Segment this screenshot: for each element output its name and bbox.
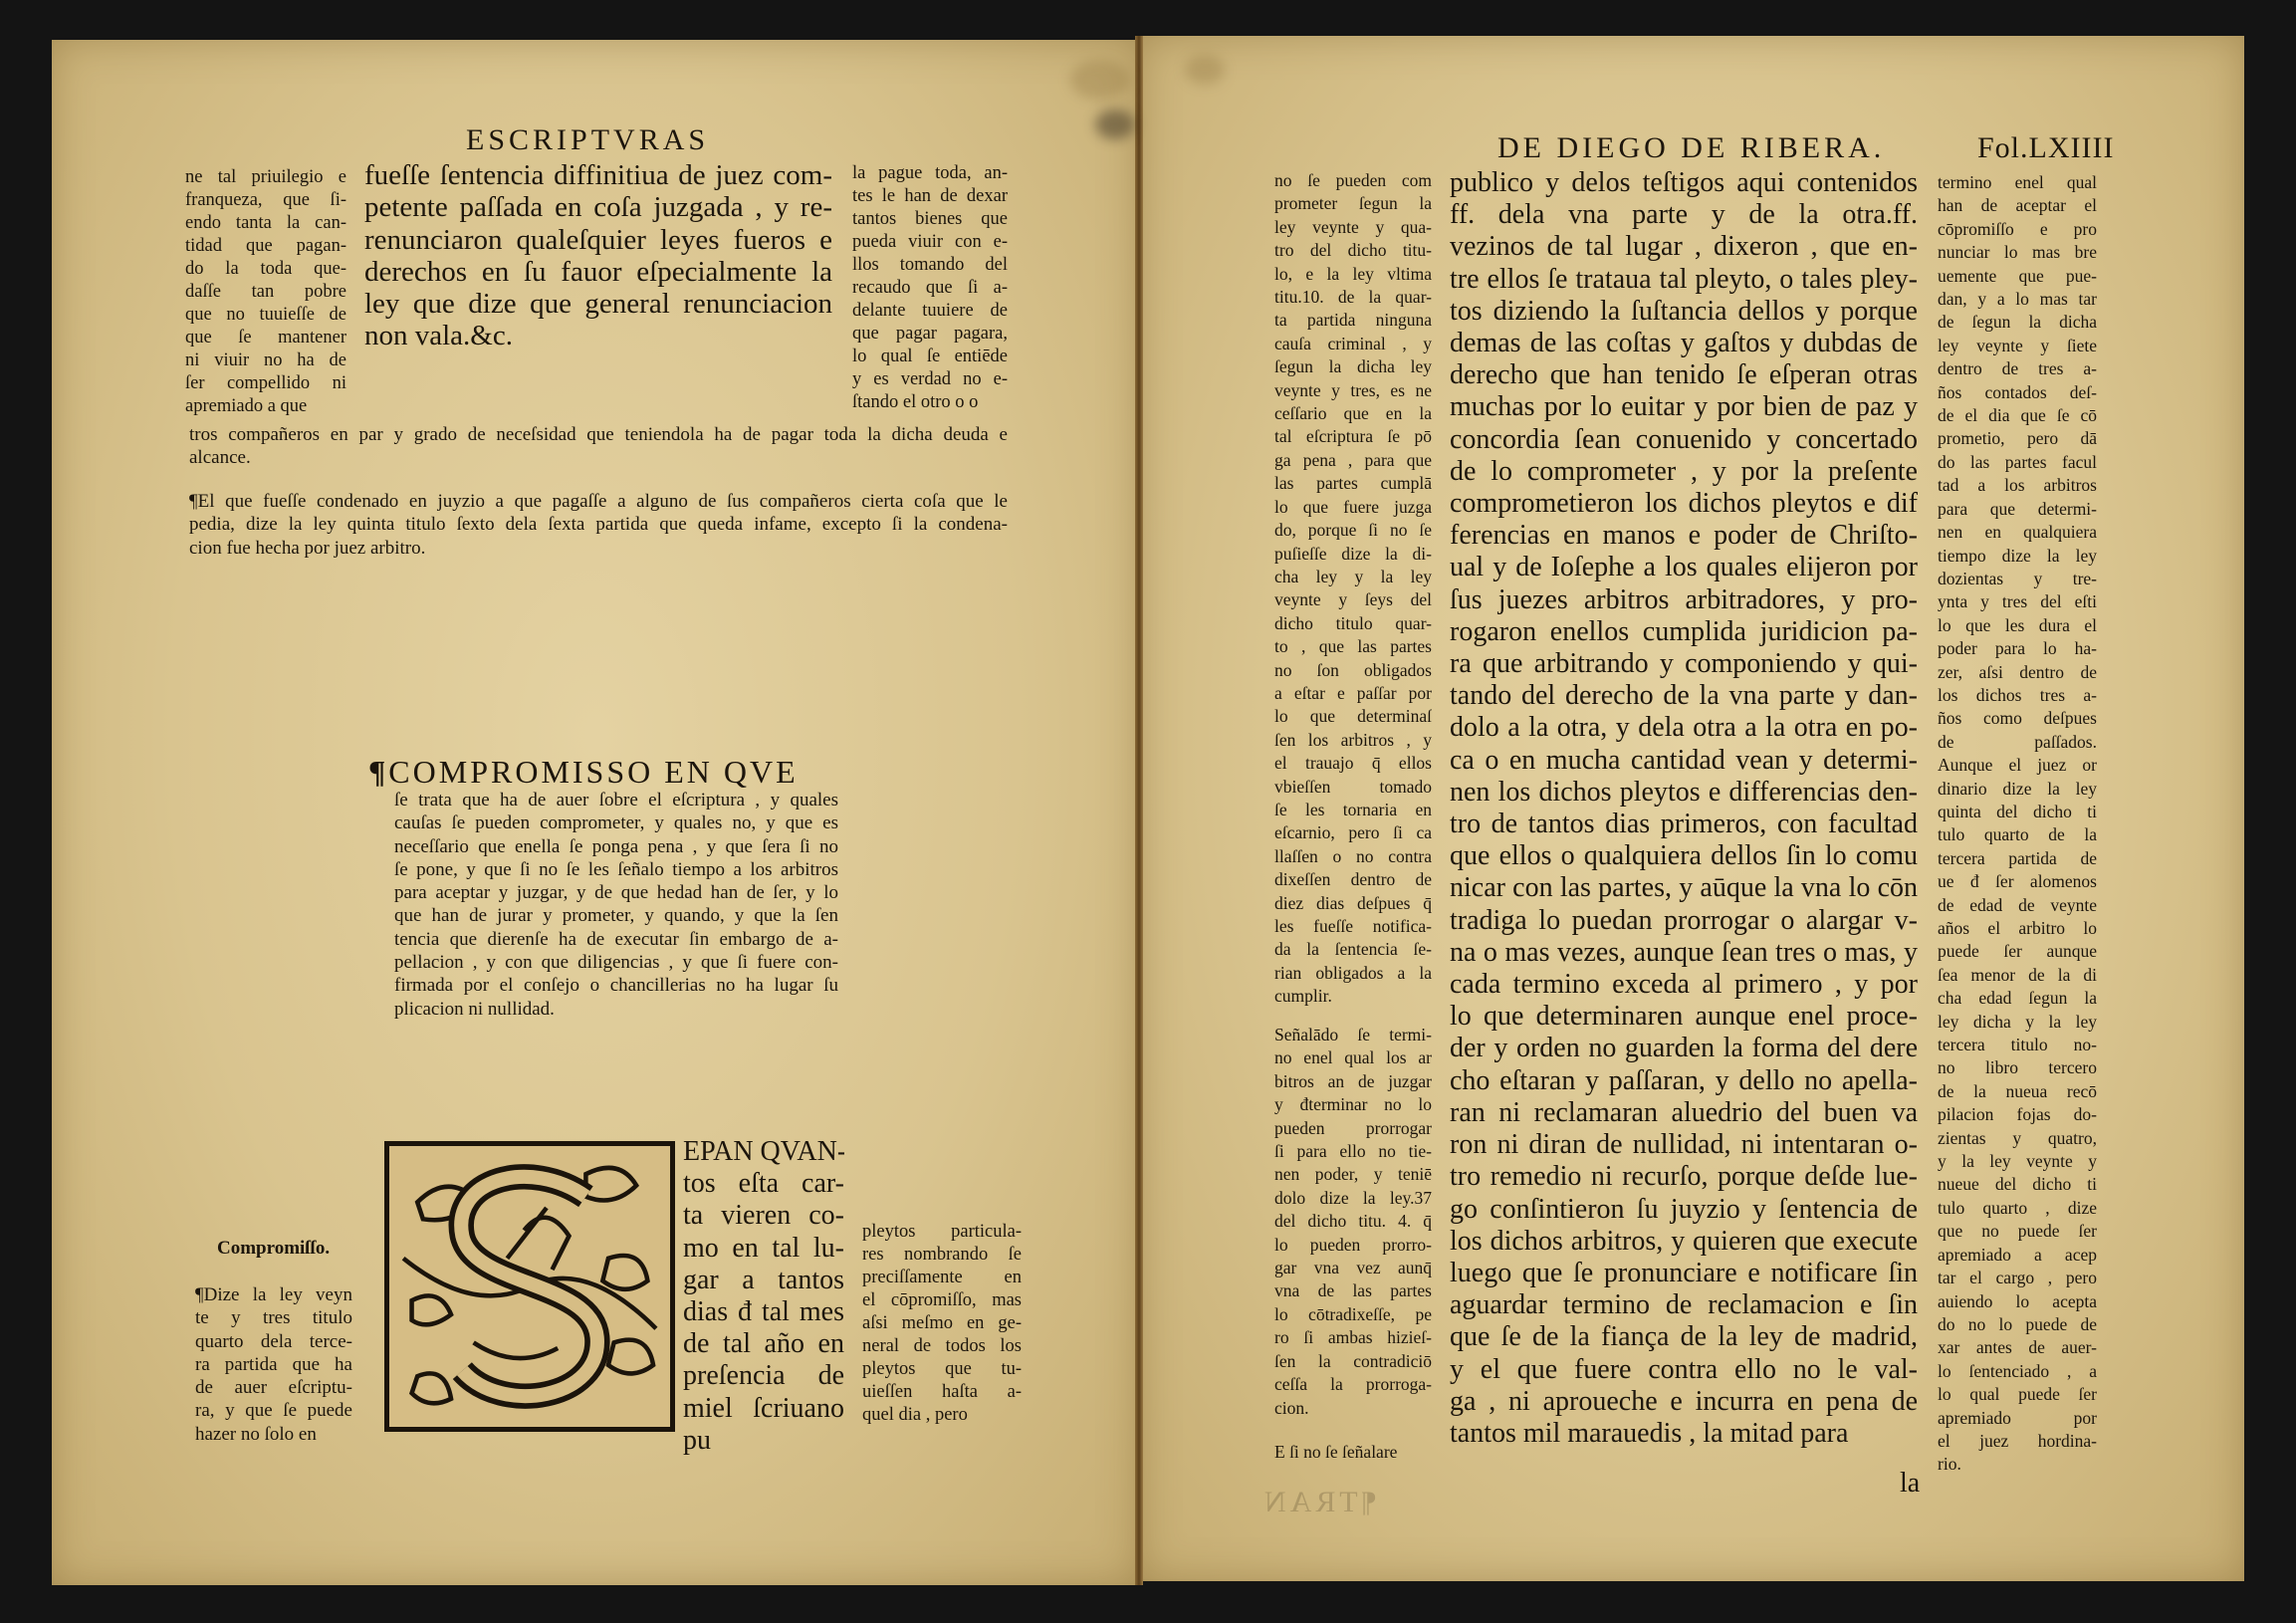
- folio-number: Fol.LXIIII: [1977, 131, 2114, 165]
- text-line: de lo comprometer , y por la preſente: [1450, 456, 1918, 488]
- text-line: ran ni reclamaran aluedrio del buen va: [1450, 1097, 1918, 1129]
- text-line: pleytos que tu-: [862, 1358, 1022, 1381]
- text-line: tidad que pagan-: [185, 235, 346, 258]
- text-line: ual y de Ioſephe a los quales elijeron p…: [1450, 552, 1918, 583]
- text-line: de auer eſcriptu-: [195, 1376, 352, 1399]
- text-line: pu: [683, 1425, 844, 1457]
- text-line: auiendo lo acepta: [1938, 1290, 2097, 1313]
- text-line: mo en tal lu-: [683, 1233, 844, 1265]
- text-line: apremiado por: [1938, 1407, 2097, 1430]
- text-line: que ellos o qualquiera dellos ſin lo com…: [1450, 840, 1918, 872]
- text-line: ſe pone, y que ſi no ſe les ſeñalo tiemp…: [394, 858, 838, 881]
- text-line: ſe trata que ha de auer ſobre el eſcript…: [394, 789, 838, 811]
- text-line: las partes cumplā: [1274, 472, 1432, 495]
- text-line: uieſſen haſta a-: [862, 1381, 1022, 1404]
- woodcut-initial: [384, 1141, 675, 1432]
- text-line: ley dicha y la ley: [1938, 1011, 2097, 1034]
- pilcrow-icon: ¶: [368, 754, 388, 790]
- text-line: lo qual ſe entiēde: [852, 346, 1008, 368]
- text-line: dentro de tres a-: [1938, 357, 2097, 380]
- text-line: cho eſtaran y paſſaran, y dello no apell…: [1450, 1065, 1918, 1097]
- text-line: tro remedio ni recurſo, porque deſde lue…: [1450, 1161, 1918, 1193]
- text-line: lo, e la ley vltima: [1274, 263, 1432, 286]
- catchword: la: [1900, 1468, 1920, 1500]
- text-line: dias đ tal mes: [683, 1296, 844, 1328]
- text-line: apremiado a acep: [1938, 1244, 2097, 1267]
- text-line: ley veynte y qua-: [1274, 216, 1432, 239]
- text-line: los dichos tres a-: [1938, 684, 2097, 707]
- text-line: nen en qualquiera: [1938, 521, 2097, 544]
- text-line: dolo dize la ley.37: [1274, 1187, 1432, 1210]
- text-line: a eſtar e paſſar por: [1274, 682, 1432, 705]
- text-line: ynta y tres del eſti: [1938, 590, 2097, 613]
- text-line: que han de jurar y prometer, y quando, y…: [394, 904, 838, 927]
- text-line: ſtando el otro o o: [852, 391, 1008, 414]
- water-stain: [1185, 55, 1225, 85]
- text-line: comprometieron los dichos pleytos e dif: [1450, 488, 1918, 520]
- text-line: no enel qual los ar: [1274, 1046, 1432, 1069]
- text-line: cion.: [1274, 1397, 1432, 1420]
- text-line: ſus juezes arbitros arbitradores, y pro-: [1450, 584, 1918, 616]
- text-line: para aceptar y juzgar, y de que hedad ha…: [394, 881, 838, 904]
- text-line: eſcarnio, pero ſi ca: [1274, 821, 1432, 844]
- text-line: ſegun la dicha ley: [1274, 355, 1432, 378]
- text-line: derechos en ſu fauor eſpecialmente la: [364, 256, 832, 288]
- text-line: publico y delos teſtigos aqui contenidos: [1450, 167, 1918, 199]
- text-line: derecho que han tenido ſe eſperan otras: [1450, 359, 1918, 391]
- text-line: zientas y quatro,: [1938, 1127, 2097, 1150]
- text-line: ley veynte y ſiete: [1938, 335, 2097, 357]
- text-line: que ſe de la fiança de la ley de madrid,: [1450, 1321, 1918, 1353]
- text-line: el trauajo q̄ ellos: [1274, 752, 1432, 775]
- text-line: han de aceptar el: [1938, 194, 2097, 217]
- text-line: de paſſados.: [1938, 731, 2097, 754]
- text-line: diez dias deſpues q̄: [1274, 892, 1432, 915]
- text-line: na o mas vezes, aunque ſean tres o mas, …: [1450, 937, 1918, 969]
- text-line: recaudo que ſi a-: [852, 277, 1008, 300]
- text-line: nicar con las partes, y aūque la vna lo …: [1450, 872, 1918, 904]
- text-line: que no puede ſer: [1938, 1220, 2097, 1243]
- text-line: zer, aſsi dentro de: [1938, 661, 2097, 684]
- text-line: ra partida que ha: [195, 1353, 352, 1376]
- text-line: aguardar termino de reclamacion e ſin: [1450, 1289, 1918, 1321]
- text-line: lo pueden prorro-: [1274, 1234, 1432, 1257]
- text-line: del dicho titu. 4. q̄: [1274, 1210, 1432, 1233]
- text-line: te y tres titulo: [195, 1306, 352, 1329]
- text-line: fueſſe ſentencia diffinitiua de juez com…: [364, 159, 832, 191]
- text-line: non vala.&c.: [364, 320, 832, 351]
- text-line: ro ſi ambas hizieſ-: [1274, 1326, 1432, 1349]
- text-line: franqueza, que ſi-: [185, 189, 346, 212]
- text-line: gar a tantos: [683, 1265, 844, 1296]
- text-line: pedia, dize la ley quinta titulo ſexto d…: [189, 513, 1008, 536]
- text-line: tulo quarto , dize: [1938, 1197, 2097, 1220]
- text-line: tiempo dize la ley: [1938, 545, 2097, 568]
- margin-column-left: ne tal priuilegio efranqueza, que ſi-end…: [185, 166, 346, 418]
- text-line: termino enel qual: [1938, 171, 2097, 194]
- text-line: ff. dela vna parte y de la otra.ff.: [1450, 199, 1918, 231]
- text-line: lo que fuere juzga: [1274, 496, 1432, 519]
- text-line: ¶Dize la ley veyn: [195, 1283, 352, 1306]
- text-line: Señalādo ſe termi-: [1274, 1024, 1432, 1046]
- text-line: tad a los arbitros: [1938, 474, 2097, 497]
- main-text-column: publico y delos teſtigos aqui contenidos…: [1450, 167, 1918, 1450]
- text-line: rio.: [1938, 1453, 2097, 1476]
- text-line: tantos bienes que: [852, 208, 1008, 231]
- text-line: ſen los arbitros , y: [1274, 729, 1432, 752]
- text-line: ron ni diran de nullidad, ni intentaran …: [1450, 1129, 1918, 1161]
- text-line: xar antes de auer-: [1938, 1336, 2097, 1359]
- text-line: pilacion fojas do-: [1938, 1103, 2097, 1126]
- paragraph-condenado: ¶El que fueſſe condenado en juyzio a que…: [189, 490, 1008, 560]
- text-line: les fueſſe notifica-: [1274, 915, 1432, 938]
- text-line: ſi para ello no tie-: [1274, 1140, 1432, 1163]
- text-line: do, porque ſi no ſe: [1274, 519, 1432, 542]
- text-line: para que determi-: [1938, 498, 2097, 521]
- damage-stain: [1095, 110, 1135, 139]
- running-head-right: DE DIEGO DE RIBERA.: [1497, 131, 1885, 165]
- text-line: ſea menor de la di: [1938, 964, 2097, 987]
- text-line: do la toda que-: [185, 258, 346, 281]
- text-line: renunciaron qualeſquier leyes fueros e: [364, 224, 832, 256]
- text-line: rian obligados a la: [1274, 962, 1432, 985]
- running-head-left: ESCRIPTVRAS: [466, 123, 709, 157]
- text-line: y es verdad no e-: [852, 368, 1008, 391]
- text-line: ue đ ſer alomenos: [1938, 870, 2097, 893]
- text-line: luego que ſe pronunciare e notificare ſi…: [1450, 1258, 1918, 1289]
- text-line: EPAN QVAN-: [683, 1136, 844, 1168]
- margin-column-right: la pague toda, an-tes le han de dexartan…: [852, 162, 1008, 414]
- text-line: de el dia que ſe cō: [1938, 404, 2097, 427]
- text-line: que ſe mantener: [185, 327, 346, 349]
- text-line: tantos mil marauedis , la mitad para: [1450, 1418, 1918, 1450]
- margin-column-left-2: Señalādo ſe termi-no enel qual los arbit…: [1274, 1024, 1432, 1420]
- text-line: dinario dize la ley: [1938, 778, 2097, 801]
- text-line: to , que las partes: [1274, 635, 1432, 658]
- text-line: tulo quarto de la: [1938, 823, 2097, 846]
- text-line: de la nueua recō: [1938, 1080, 2097, 1103]
- text-line: do las partes facul: [1938, 451, 2097, 474]
- text-line: tos eſta car-: [683, 1168, 844, 1200]
- water-stain: [1070, 60, 1130, 100]
- right-side-note: pleytos particula-res nombrando ſepreciſ…: [862, 1221, 1022, 1427]
- text-line: ga pena , para que: [1274, 449, 1432, 472]
- text-line: vezinos de tal lugar , dixeron , que en-: [1450, 231, 1918, 263]
- text-line: lo ſentenciado , a: [1938, 1360, 2097, 1383]
- text-line: lo qual puede ſer: [1938, 1383, 2097, 1406]
- text-line: que no tuuieſſe de: [185, 304, 346, 327]
- text-line: rogaron enellos cumplida juridicion pa-: [1450, 616, 1918, 648]
- text-line: miel ſcriuano: [683, 1393, 844, 1425]
- text-line: dixeſſen dentro de: [1274, 868, 1432, 891]
- text-line: hazer no ſolo en: [195, 1423, 352, 1446]
- text-line: los dichos arbitros, y quieren que execu…: [1450, 1226, 1918, 1258]
- section-heading-title: COMPROMISSO EN QVE: [388, 754, 798, 790]
- text-line: nen los dichos pleytos e differencias de…: [1450, 777, 1918, 809]
- text-line: go conſintieron ſu juyzio y ſentencia de: [1450, 1194, 1918, 1226]
- text-line: da la ſentencia ſe-: [1274, 938, 1432, 961]
- text-line: vbieſſen tomado: [1274, 776, 1432, 799]
- text-line: pueden prorrogar: [1274, 1117, 1432, 1140]
- text-line: neceſſario que enella ſe ponga pena , y …: [394, 835, 838, 858]
- section-summary: ſe trata que ha de auer ſobre el eſcript…: [394, 789, 838, 1021]
- text-line: ſer compellido ni: [185, 372, 346, 395]
- text-line: concordia ſean conuenido y concertado: [1450, 424, 1918, 456]
- text-line: muchas por lo euitar y por bien de paz y: [1450, 391, 1918, 423]
- text-line: cha ley y la ley: [1274, 566, 1432, 588]
- text-line: quinta del dicho ti: [1938, 801, 2097, 823]
- text-line: años el arbitro lo: [1938, 917, 2097, 940]
- text-line: do no lo puede de: [1938, 1313, 2097, 1336]
- margin-column-left: no ſe pueden comprometer ſegun laley vey…: [1274, 169, 1432, 1009]
- side-note: ¶Dize la ley veynte y tres tituloquarto …: [195, 1283, 352, 1446]
- text-line: y el que fuere contra ello no le val-: [1450, 1354, 1918, 1386]
- text-line: prometio, pero dā: [1938, 427, 2097, 450]
- text-line: res nombrando ſe: [862, 1244, 1022, 1267]
- continued-text: tros compañeros en par y grado de neceſs…: [189, 423, 1008, 470]
- text-line: y la ley veynte y: [1938, 1150, 2097, 1173]
- section-heading: ¶COMPROMISSO EN QVE: [368, 754, 799, 791]
- text-line: ga , ni aproueche e incurra en pena de: [1450, 1386, 1918, 1418]
- text-line: plicacion ni nullidad.: [394, 998, 838, 1021]
- text-line: tro del dicho titu-: [1274, 239, 1432, 262]
- book-gutter: [1135, 36, 1143, 1585]
- text-line: no ſon obligados: [1274, 659, 1432, 682]
- text-line: veynte y tres, es ne: [1274, 379, 1432, 402]
- text-line: cauſas ſe pueden comprometer, y quales n…: [394, 811, 838, 834]
- text-line: lo que les dura el: [1938, 614, 2097, 637]
- text-line: nueue del dicho ti: [1938, 1173, 2097, 1196]
- main-text-column: fueſſe ſentencia diffinitiua de juez com…: [364, 159, 832, 352]
- text-line: tes le han de dexar: [852, 185, 1008, 208]
- text-line: ta vieren co-: [683, 1200, 844, 1232]
- text-line: puſieſſe dize la di-: [1274, 543, 1432, 566]
- text-line: tar el cargo , pero: [1938, 1267, 2097, 1289]
- text-line: lo que determinaren aunque enel proce-: [1450, 1001, 1918, 1033]
- opening-text: EPAN QVAN-tos eſta car-ta vieren co-mo e…: [683, 1136, 844, 1457]
- text-line: de edad de veynte: [1938, 894, 2097, 917]
- text-line: vna de las partes: [1274, 1279, 1432, 1302]
- margin-column-left-3: E ſi no ſe ſeñalare: [1274, 1442, 1397, 1463]
- text-line: ferencias en manos e poder de Chriſto-: [1450, 520, 1918, 552]
- text-line: quel dia , pero: [862, 1404, 1022, 1427]
- text-line: no ſe pueden com: [1274, 169, 1432, 192]
- text-line: de ſegun la dicha: [1938, 311, 2097, 334]
- text-line: pueda viuir con e-: [852, 231, 1008, 254]
- text-line: tencia que dierenſe ha de executar ſin e…: [394, 928, 838, 951]
- text-line: cion fue hecha por juez arbitro.: [189, 537, 1008, 560]
- text-line: ſe les tornaria en: [1274, 799, 1432, 821]
- text-line: tal eſcriptura ſe pō: [1274, 425, 1432, 448]
- text-line: uemente que pue-: [1938, 265, 2097, 288]
- text-line: y đterminar no lo: [1274, 1093, 1432, 1116]
- text-line: tradiga lo puedan prorrogar o alargar v-: [1450, 905, 1918, 937]
- text-line: tando del derecho de la vna parte y dan-: [1450, 680, 1918, 712]
- woodcut-initial-s-icon: [389, 1146, 670, 1427]
- text-line: tercera titulo no-: [1938, 1034, 2097, 1056]
- text-line: el cōpromiſſo, mas: [862, 1289, 1022, 1312]
- text-line: cada termino exceda al primero , y por: [1450, 969, 1918, 1001]
- text-line: ceſſa la prorroga-: [1274, 1373, 1432, 1396]
- text-line: cauſa criminal , y: [1274, 333, 1432, 355]
- text-line: veynte y ſeys del: [1274, 588, 1432, 611]
- text-line: bitros an de juzgar: [1274, 1070, 1432, 1093]
- side-note-label: Compromiſſo.: [217, 1238, 330, 1260]
- text-line: la pague toda, an-: [852, 162, 1008, 185]
- text-line: tos diziendo la ſuſtancia dellos y porqu…: [1450, 296, 1918, 328]
- text-line: llaſſen o no contra: [1274, 845, 1432, 868]
- text-line: ceſſario que en la: [1274, 402, 1432, 425]
- text-line: aſsi meſmo en ge-: [862, 1312, 1022, 1335]
- text-line: endo tanta la can-: [185, 212, 346, 235]
- text-line: llos tomando del: [852, 254, 1008, 277]
- text-line: no libro tercero: [1938, 1056, 2097, 1079]
- text-line: ta partida ninguna: [1274, 309, 1432, 332]
- text-line: apremiado a que: [185, 395, 346, 418]
- text-line: ños contados deſ-: [1938, 381, 2097, 404]
- show-through-text: ¶TRAN: [1261, 1486, 1375, 1519]
- text-line: pellacion , y con que diligencias , y qu…: [394, 951, 838, 974]
- text-line: ca o en mucha cantidad vean y determi-: [1450, 745, 1918, 777]
- text-line: delante tuuiere de: [852, 300, 1008, 323]
- text-line: ne tal priuilegio e: [185, 166, 346, 189]
- text-line: demas de las coſtas y gaſtos y dubdas de: [1450, 328, 1918, 359]
- text-line: dan, y a lo mas tar: [1938, 288, 2097, 311]
- text-line: puede ſer aunque: [1938, 940, 2097, 963]
- text-line: cumplir.: [1274, 985, 1432, 1008]
- text-line: ¶El que fueſſe condenado en juyzio a que…: [189, 490, 1008, 513]
- text-line: el juez hordina-: [1938, 1430, 2097, 1453]
- text-line: ra que arbitrando y componiendo y qui-: [1450, 648, 1918, 680]
- text-line: titu.10. de la quar-: [1274, 286, 1432, 309]
- text-line: nen poder, y teniē: [1274, 1163, 1432, 1186]
- text-line: ños como deſpues: [1938, 707, 2097, 730]
- text-line: lo que determinaſ: [1274, 705, 1432, 728]
- text-line: tercera partida de: [1938, 847, 2097, 870]
- text-line: que pagar pagara,: [852, 323, 1008, 346]
- text-line: neral de todos los: [862, 1335, 1022, 1358]
- text-line: firmada por el conſejo o chancillerias n…: [394, 974, 838, 997]
- text-line: Aunque el juez or: [1938, 754, 2097, 777]
- text-line: preſencia de: [683, 1360, 844, 1392]
- text-line: cōpromiſſo e pro: [1938, 218, 2097, 241]
- text-line: de tal año en: [683, 1328, 844, 1360]
- margin-column-right: termino enel qualhan de aceptar elcōprom…: [1938, 171, 2097, 1477]
- text-line: quarto dela terce-: [195, 1330, 352, 1353]
- text-line: ni viuir no ha de: [185, 349, 346, 372]
- text-line: ſen la contradiciō: [1274, 1350, 1432, 1373]
- text-line: lo cōtradixeſſe, pe: [1274, 1303, 1432, 1326]
- text-line: tre ellos ſe trataua tal pleyto, o tales…: [1450, 264, 1918, 296]
- text-line: gar vna vez aunq̄: [1274, 1257, 1432, 1279]
- text-line: preciſſamente en: [862, 1267, 1022, 1289]
- text-line: poder para lo ha-: [1938, 637, 2097, 660]
- text-line: petente paſſada en coſa juzgada , y re-: [364, 191, 832, 223]
- text-line: alcance.: [189, 446, 1008, 469]
- text-line: tros compañeros en par y grado de neceſs…: [189, 423, 1008, 446]
- text-line: der y orden no guarden la forma del dere: [1450, 1033, 1918, 1064]
- text-line: dicho titulo quar-: [1274, 612, 1432, 635]
- text-line: nunciar lo mas bre: [1938, 241, 2097, 264]
- text-line: dozientas y tre-: [1938, 568, 2097, 590]
- text-line: cha edad ſegun la: [1938, 987, 2097, 1010]
- text-line: ra, y que ſe puede: [195, 1399, 352, 1422]
- text-line: pleytos particula-: [862, 1221, 1022, 1244]
- text-line: ley que dize que general renunciacion: [364, 288, 832, 320]
- text-line: dolo a la otra, y dela otra a la otra en…: [1450, 712, 1918, 744]
- text-line: tro de tantos dias primeros, con faculta…: [1450, 809, 1918, 840]
- text-line: prometer ſegun la: [1274, 192, 1432, 215]
- text-line: daſſe tan pobre: [185, 281, 346, 304]
